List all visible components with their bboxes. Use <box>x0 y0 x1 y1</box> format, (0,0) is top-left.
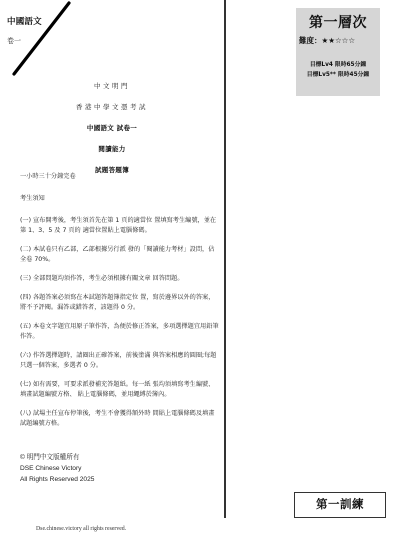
exam-name: 香港中學文憑考試 <box>0 101 224 113</box>
instruction-item-6: (六) 作答選擇題時，請圈出正確答案，前後塗滿 與答案相應的圓圈;每題只選一個答… <box>20 351 220 371</box>
level-info-box: 第一層次 難度：★★☆☆☆ 目標Lv4 限時65分鐘 目標Lv5** 限時45分… <box>296 8 380 96</box>
instructions-block: 一小時三十分鐘完卷 考生須知 (一) 宣布開考後，考生須首先在第 1 頁的適當位… <box>20 172 220 438</box>
training-label-box: 第一訓練 <box>294 492 386 518</box>
instruction-item-7: (七) 如有需要，可要求派發補充答題紙。每一紙 張均須填寫考生編號、填畫試題編號… <box>20 380 220 400</box>
instruction-item-8: (八) 試場主任宣布停筆後，考生不會獲得額外時 間貼上電腦條碼及填畫試題編號方格… <box>20 409 220 429</box>
section-title: 閱讀能力 <box>0 143 224 155</box>
instruction-item-4: (四) 各題答案必須寫在本試題答題簿指定位 置，寫於邊界以外的答案，將不予評閱。… <box>20 293 220 313</box>
target-times: 目標Lv4 限時65分鐘 目標Lv5** 限時45分鐘 <box>296 60 380 80</box>
target-lv4: 目標Lv4 限時65分鐘 <box>296 60 380 70</box>
difficulty-rating: 難度：★★☆☆☆ <box>296 35 380 46</box>
target-lv5: 目標Lv5** 限時45分鐘 <box>296 70 380 80</box>
instruction-item-2: (二) 本試卷只有乙部，乙部根據另行派 發的「閱讀能力考材」設問，佔全卷 70%… <box>20 245 220 265</box>
instruction-item-1: (一) 宣布開考後，考生須首先在第 1 頁的適當位 置填寫考生編號，並在第 1、… <box>20 216 220 236</box>
star-rating-icon: ★★☆☆☆ <box>322 36 356 45</box>
exam-cover-page: 中國語文 卷一 中文明門 香港中學文憑考試 中國語文 試卷一 閱讀能力 試題答題… <box>0 0 398 553</box>
publisher-name: 中文明門 <box>0 80 224 92</box>
cover-title-block: 中文明門 香港中學文憑考試 中國語文 試卷一 閱讀能力 試題答題簿 <box>0 80 224 185</box>
diagonal-slash-icon <box>0 0 80 80</box>
instruction-item-3: (三) 全部問題均須作答，考生必須根據有關文章 回答問題。 <box>20 274 220 284</box>
vertical-divider <box>224 0 226 518</box>
instruction-item-5: (五) 本卷文字題宜用原子筆作答，為便於修正答案，多項選擇題宜用鉛筆作答。 <box>20 322 220 342</box>
copyright-block: © 明門中文版權所有 DSE Chinese Victory All Right… <box>20 452 94 485</box>
duration-text: 一小時三十分鐘完卷 <box>20 172 220 182</box>
instructions-heading: 考生須知 <box>20 194 220 204</box>
copyright-line-2: DSE Chinese Victory <box>20 463 94 474</box>
copyright-line-3: All Rights Reserved 2025 <box>20 474 94 485</box>
level-title: 第一層次 <box>296 12 380 32</box>
footer-text: Dse.chinese.victory all rights reserved. <box>36 526 126 532</box>
difficulty-label: 難度： <box>299 36 322 45</box>
copyright-line-1: © 明門中文版權所有 <box>20 452 94 463</box>
paper-title: 中國語文 試卷一 <box>0 122 224 134</box>
